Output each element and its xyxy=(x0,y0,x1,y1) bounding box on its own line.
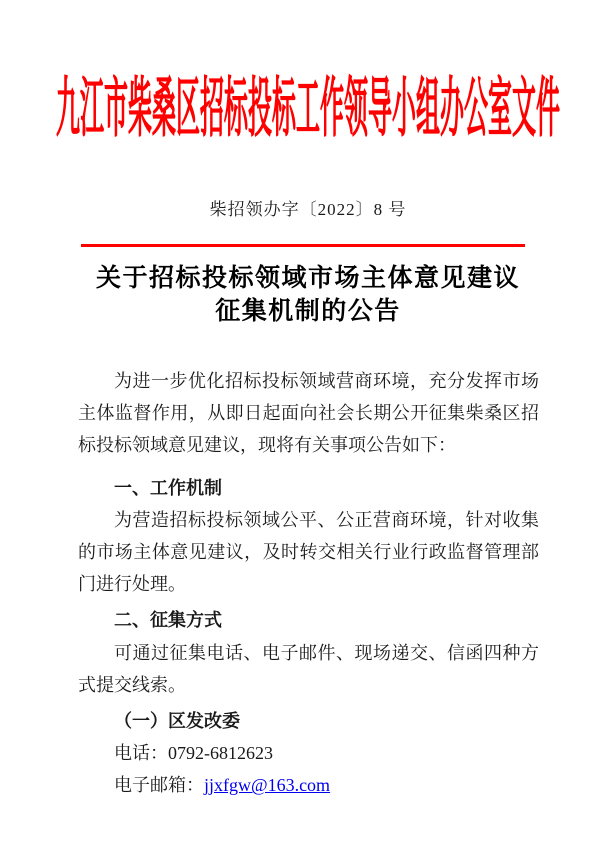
phone-label: 电话： xyxy=(114,743,168,763)
phone-number: 0792-6812623 xyxy=(168,743,273,763)
document-number: 柴招领办字〔2022〕8 号 xyxy=(0,195,616,220)
document-page: 九江市柴桑区招标投标工作领导小组办公室文件 柴招领办字〔2022〕8 号 关于招… xyxy=(0,0,616,849)
email-link[interactable]: jjxfgw@163.com xyxy=(204,775,330,795)
document-title-line2: 征集机制的公告 xyxy=(0,295,616,328)
document-title: 关于招标投标领域市场主体意见建议 征集机制的公告 xyxy=(0,262,616,328)
phone-line: 电话：0792-6812623 xyxy=(78,737,539,769)
document-title-line1: 关于招标投标领域市场主体意见建议 xyxy=(0,262,616,295)
letterhead-title: 九江市柴桑区招标投标工作领导小组办公室文件 xyxy=(56,54,560,149)
section1-heading: 一、工作机制 xyxy=(78,472,539,504)
red-separator-line xyxy=(81,244,525,247)
email-line: 电子邮箱：jjxfgw@163.com xyxy=(78,769,539,801)
subsection1-heading: （一）区发改委 xyxy=(78,705,539,737)
letterhead-banner: 九江市柴桑区招标投标工作领导小组办公室文件 xyxy=(0,64,616,138)
section2-heading: 二、征集方式 xyxy=(78,604,539,636)
section1-paragraph: 为营造招标投标领域公平、公正营商环境，针对收集的市场主体意见建议，及时转交相关行… xyxy=(78,504,539,601)
section2-paragraph: 可通过征集电话、电子邮件、现场递交、信函四种方式提交线索。 xyxy=(78,637,539,701)
email-label: 电子邮箱： xyxy=(114,775,204,795)
document-body: 为进一步优化招标投标领域营商环境，充分发挥市场主体监督作用，从即日起面向社会长期… xyxy=(78,365,539,802)
intro-paragraph: 为进一步优化招标投标领域营商环境，充分发挥市场主体监督作用，从即日起面向社会长期… xyxy=(78,365,539,462)
